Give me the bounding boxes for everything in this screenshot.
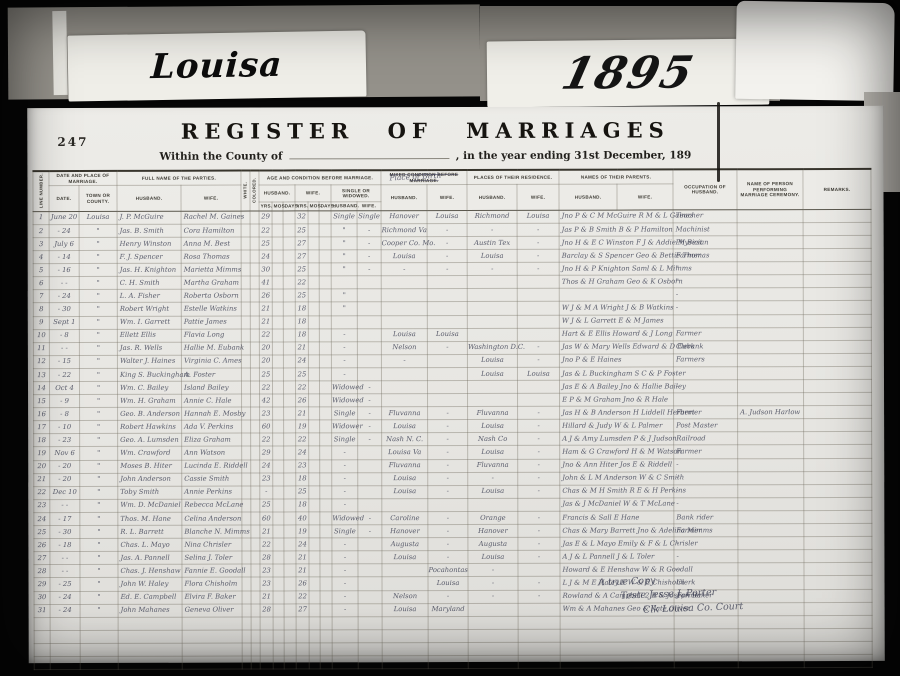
cell-residence-wife: - [518, 550, 560, 563]
cell-minister [737, 249, 803, 262]
cell-wife-name [182, 656, 242, 669]
cell-residence-wife: - [518, 590, 560, 603]
cell-wife-name: Island Bailey [182, 381, 242, 394]
cell-condition-husband: " [331, 302, 357, 315]
cell-wife-years: 25 [295, 368, 308, 381]
cell-wife-years: 25 [295, 224, 308, 237]
cell-wife-name: Flora Chisholm [182, 577, 242, 590]
cell-colored [251, 407, 260, 420]
cell-date [50, 656, 80, 669]
cell-wife-months [308, 250, 319, 263]
cell-wife-months [309, 643, 320, 656]
cell-line-number [34, 630, 50, 643]
cell-wife-name: Geneva Oliver [182, 604, 242, 617]
cell-residence-wife [517, 315, 559, 328]
cell-husband-name: Jas. A. Pannell [118, 551, 182, 564]
cell-residence-husband: - [468, 590, 518, 603]
cell-birth-wife: - [428, 407, 468, 420]
cell-colored [251, 538, 260, 551]
cell-condition-husband [331, 276, 357, 289]
cell-colored [251, 394, 260, 407]
cell-husband-days [284, 525, 296, 538]
cell-husband-days [283, 355, 295, 368]
cell-condition-wife [357, 315, 381, 328]
cell-town-or-county: " [80, 539, 118, 552]
cell-wife-name: A. Foster [181, 368, 241, 381]
cell-husband-months [273, 551, 284, 564]
cell-wife-years: 21 [296, 551, 309, 564]
cell-birth-husband [382, 381, 428, 394]
cell-condition-wife [358, 446, 382, 459]
cell-residence-wife: - [518, 433, 560, 446]
cell-birth-husband: Fluvanna [382, 407, 428, 420]
cell-birth-wife [428, 642, 468, 655]
cell-date: July 6 [49, 237, 79, 250]
col-header-town: TOWN OR COUNTY. [79, 186, 117, 211]
cell-wife-months [309, 407, 320, 420]
cell-wife-years: 21 [295, 342, 308, 355]
cell-wife-months [309, 394, 320, 407]
cell-parents [560, 642, 674, 655]
cell-line-number: 8 [33, 303, 49, 316]
cell-husband-months [273, 590, 284, 603]
cell-wife-name: Ada V. Perkins [182, 420, 242, 433]
cell-remarks [804, 445, 872, 458]
cell-occupation [674, 642, 738, 655]
cell-parents: Jas H & B Anderson H Liddell Herbert [560, 406, 674, 419]
cell-husband-years: 28 [260, 551, 273, 564]
cell-condition-wife [358, 629, 382, 642]
cell-condition-wife: - [358, 407, 382, 420]
cell-white [242, 486, 251, 499]
cell-town-or-county: " [79, 250, 117, 263]
cell-wife-name: Selina J. Toler [182, 551, 242, 564]
cell-occupation: Clerk [673, 340, 737, 353]
cell-husband-name [118, 656, 182, 669]
cell-parents: W J & L Garrett E & M James [559, 314, 673, 327]
cell-wife-days [319, 250, 331, 263]
cell-wife-days [320, 577, 332, 590]
cell-wife-months [308, 355, 319, 368]
cell-line-number: 25 [34, 526, 50, 539]
cell-colored [250, 211, 259, 224]
cell-condition-wife [358, 643, 382, 656]
cell-date: - 8 [49, 329, 79, 342]
cell-parents: Jas E & L Mayo Emily & F & L Chrisler [560, 537, 674, 550]
col-header-parents-wife: WIFE. [617, 184, 673, 209]
cell-town-or-county: " [80, 591, 118, 604]
cell-remarks [803, 353, 871, 366]
cell-residence-wife: Louisa [517, 210, 559, 223]
cell-town-or-county: " [80, 525, 118, 538]
cell-wife-name: Lucinda E. Riddell [182, 460, 242, 473]
cell-husband-years: 60 [260, 420, 273, 433]
cell-husband-years: 22 [259, 329, 272, 342]
cell-wife-months [309, 446, 320, 459]
cell-occupation: Farmer [674, 406, 738, 419]
cell-husband-days [284, 617, 296, 630]
cell-colored [250, 289, 259, 302]
cell-husband-days [284, 590, 296, 603]
cell-minister [738, 655, 804, 668]
register-subtitle: Within the County of , in the year endin… [27, 148, 823, 163]
cell-town-or-county: " [80, 512, 118, 525]
cell-condition-wife [357, 328, 381, 341]
cell-husband-name: Walter J. Haines [117, 355, 181, 368]
cell-wife-name: Fannie E. Goodall [182, 564, 242, 577]
cell-occupation [674, 615, 738, 628]
cell-condition-wife [358, 485, 382, 498]
year-label-text: 1895 [557, 47, 700, 99]
cell-wife-years: 24 [295, 355, 308, 368]
cell-residence-husband: Orange [468, 511, 518, 524]
cell-husband-days [284, 499, 296, 512]
cell-town-or-county: " [79, 277, 117, 290]
col-header-age-husband: HUSBAND. [259, 185, 295, 202]
cell-birth-husband: Louisa [382, 551, 428, 564]
cell-line-number: 26 [34, 539, 50, 552]
cell-husband-years: 23 [260, 407, 273, 420]
cell-birth-wife [428, 655, 468, 668]
cell-husband-years [260, 643, 273, 656]
cell-wife-years: 25 [296, 486, 309, 499]
cell-husband-name: C. H. Smith [117, 276, 181, 289]
cell-wife-days [320, 564, 332, 577]
cell-wife-months [309, 551, 320, 564]
cell-wife-months [308, 224, 319, 237]
cell-line-number: 24 [34, 513, 50, 526]
cell-parents: Jno H & P Knighton Saml & L Mimms [559, 262, 673, 275]
cell-line-number [34, 643, 50, 656]
cell-husband-years: 23 [260, 473, 273, 486]
cell-condition-husband: " [331, 263, 357, 276]
cell-date: - 10 [50, 421, 80, 434]
cell-birth-wife: - [428, 446, 468, 459]
cell-wife-days [320, 538, 332, 551]
cell-husband-days [284, 394, 296, 407]
cell-town-or-county: " [79, 224, 117, 237]
cell-husband-name: John W. Haley [118, 578, 182, 591]
cell-occupation: - [674, 550, 738, 563]
col-header-sw-wife: WIFE. [357, 202, 381, 211]
cell-residence-wife: - [517, 262, 559, 275]
cell-residence-husband: Louisa [467, 354, 517, 367]
cell-minister [738, 524, 804, 537]
cell-colored [250, 250, 259, 263]
cell-condition-husband: - [332, 551, 358, 564]
col-header-full-name-group: FULL NAME OF THE PARTIES. [117, 171, 241, 186]
cell-minister: A. Judson Harlow [738, 406, 804, 419]
cell-minister [738, 380, 804, 393]
cell-minister [737, 262, 803, 275]
cell-birth-husband: Louisa [382, 472, 428, 485]
cell-date: - 18 [50, 539, 80, 552]
cell-birth-wife: - [428, 485, 468, 498]
cell-condition-wife [357, 289, 381, 302]
cell-residence-wife [517, 289, 559, 302]
cell-minister [738, 589, 804, 602]
col-header-age-condition-group: AGE AND CONDITION BEFORE MARRIAGE. [259, 170, 381, 185]
cell-date: - 15 [49, 355, 79, 368]
cell-wife-days [320, 394, 332, 407]
cell-town-or-county: " [79, 342, 117, 355]
cell-residence-husband: Augusta [468, 537, 518, 550]
cell-husband-years: 29 [260, 446, 273, 459]
cell-line-number: 12 [33, 355, 49, 368]
cell-husband-name: Moses B. Hiter [118, 460, 182, 473]
cell-husband-years: 20 [259, 355, 272, 368]
cell-residence-husband: Louisa [467, 367, 517, 380]
cell-wife-months [309, 525, 320, 538]
cell-birth-husband [381, 302, 427, 315]
cell-birth-wife [427, 315, 467, 328]
cell-wife-name: Martha Graham [181, 276, 241, 289]
cell-white [241, 224, 250, 237]
cell-wife-years: 18 [295, 302, 308, 315]
cell-white [242, 473, 251, 486]
cell-wife-years [296, 656, 309, 669]
cell-wife-months [309, 512, 320, 525]
cell-residence-wife [518, 655, 560, 668]
cell-white [242, 604, 251, 617]
cell-wife-days [320, 407, 332, 420]
col-header-single-widowed: SINGLE OR WIDOWED. [331, 185, 381, 202]
col-header-age-wife: WIFE. [295, 185, 331, 202]
cell-white [242, 643, 251, 656]
cell-birth-wife: Louisa [427, 328, 467, 341]
cell-white [241, 263, 250, 276]
col-header-birth-husband: HUSBAND. [381, 185, 427, 210]
cell-town-or-county: " [80, 604, 118, 617]
cell-minister [738, 432, 804, 445]
cell-minister [738, 576, 804, 589]
cell-date: - 24 [49, 290, 79, 303]
cell-wife-days [320, 446, 332, 459]
cell-remarks [803, 262, 871, 275]
cell-wife-days [319, 237, 331, 250]
cell-residence-wife: - [518, 472, 560, 485]
cell-husband-months [273, 394, 284, 407]
cell-birth-husband: Louisa Va [382, 446, 428, 459]
cell-wife-months [309, 564, 320, 577]
cell-occupation: Farmer [674, 445, 738, 458]
cell-wife-days [320, 590, 332, 603]
cell-husband-years: 22 [259, 224, 272, 237]
cell-white [242, 447, 251, 460]
cell-wife-months [309, 538, 320, 551]
cell-wife-name: Rebecca McLane [182, 499, 242, 512]
cell-condition-wife [357, 355, 381, 368]
cell-husband-years: 25 [260, 499, 273, 512]
cell-date: - 23 [50, 434, 80, 447]
cell-parents: Ham & G Crawford H & M Watson [560, 445, 674, 458]
cell-white [241, 368, 250, 381]
col-header-parents-group: NAMES OF THEIR PARENTS. [559, 169, 673, 184]
cell-remarks [804, 550, 872, 563]
cell-wife-years: 19 [296, 420, 309, 433]
cell-remarks [804, 589, 872, 602]
cell-condition-husband: - [331, 341, 357, 354]
cell-date: - 8 [50, 408, 80, 421]
cell-condition-husband: Widowed [332, 381, 358, 394]
cell-husband-months [272, 355, 283, 368]
cell-minister [738, 563, 804, 576]
cell-wife-months [309, 486, 320, 499]
cell-condition-wife [357, 302, 381, 315]
cell-residence-husband: - [467, 262, 517, 275]
cell-husband-days [283, 289, 295, 302]
cell-birth-husband [382, 656, 428, 669]
cell-husband-name: John Mahanes [118, 604, 182, 617]
cell-husband-years: 41 [259, 276, 272, 289]
cell-husband-name: Robert Wright [117, 303, 181, 316]
cell-condition-husband: Widowed [332, 512, 358, 525]
cell-birth-wife: - [428, 551, 468, 564]
cell-line-number: 7 [33, 290, 49, 303]
cell-town-or-county: " [80, 565, 118, 578]
cell-wife-months [308, 342, 319, 355]
cell-colored [251, 630, 260, 643]
cell-residence-wife: - [517, 236, 559, 249]
cell-wife-months [308, 315, 319, 328]
cell-wife-days [320, 617, 332, 630]
cell-town-or-county: " [80, 434, 118, 447]
col-header-husband-name: HUSBAND. [117, 186, 181, 211]
cell-residence-wife [518, 380, 560, 393]
cell-birth-husband: Augusta [382, 538, 428, 551]
cell-remarks [804, 523, 872, 536]
cell-husband-years: 21 [260, 525, 273, 538]
cell-husband-name: Wm. D. McDaniel [118, 499, 182, 512]
cell-wife-months [309, 630, 320, 643]
cell-wife-years [296, 630, 309, 643]
register-title: REGISTER OF MARRIAGES [27, 117, 823, 144]
cell-residence-husband [468, 629, 518, 642]
cell-wife-name: Pattie James [181, 316, 241, 329]
cell-husband-days [284, 486, 296, 499]
cell-residence-husband: - [467, 223, 517, 236]
cell-white [242, 381, 251, 394]
cell-line-number: 29 [34, 578, 50, 591]
cell-residence-wife: - [518, 446, 560, 459]
cell-husband-years: 22 [260, 433, 273, 446]
cell-husband-days [284, 604, 296, 617]
cell-condition-husband: Single [332, 525, 358, 538]
cell-town-or-county [80, 643, 118, 656]
cell-white [241, 316, 250, 329]
cell-birth-wife [428, 380, 468, 393]
cell-occupation: Farmers [673, 354, 737, 367]
cell-wife-years: 23 [296, 459, 309, 472]
cell-condition-wife [357, 341, 381, 354]
cell-minister [737, 236, 803, 249]
cell-residence-husband [468, 498, 518, 511]
cell-minister [738, 471, 804, 484]
cell-wife-years: 22 [296, 381, 309, 394]
cell-date: - - [49, 277, 79, 290]
cell-husband-months [272, 315, 283, 328]
cell-condition-husband: Widowed [332, 394, 358, 407]
cell-husband-months [273, 486, 284, 499]
cell-condition-wife: - [358, 525, 382, 538]
cell-residence-wife [518, 642, 560, 655]
cell-residence-husband [467, 328, 517, 341]
cell-minister [737, 288, 803, 301]
cell-residence-wife: - [518, 511, 560, 524]
cell-wife-days [319, 276, 331, 289]
cell-town-or-county: " [79, 237, 117, 250]
cell-colored [250, 237, 259, 250]
cell-remarks [804, 654, 872, 667]
cell-wife-days [320, 525, 332, 538]
cell-line-number: 1 [33, 211, 49, 224]
cell-minister [738, 550, 804, 563]
cell-condition-husband: Single [332, 433, 358, 446]
cell-wife-name: Marietta Mimms [181, 263, 241, 276]
cell-condition-husband: - [332, 486, 358, 499]
cell-birth-wife [428, 498, 468, 511]
cell-residence-husband: Louisa [468, 485, 518, 498]
cell-condition-wife [358, 577, 382, 590]
cell-occupation [674, 393, 738, 406]
cell-occupation: Bank rider [674, 511, 738, 524]
cell-line-number: 30 [34, 591, 50, 604]
cell-residence-husband: Louisa [468, 420, 518, 433]
cell-residence-husband: Richmond [467, 210, 517, 223]
cell-white [242, 538, 251, 551]
cell-husband-days [284, 459, 296, 472]
cell-husband-years: 21 [259, 302, 272, 315]
cell-condition-husband: Widower [332, 420, 358, 433]
cell-condition-wife [358, 590, 382, 603]
cell-wife-months [308, 211, 319, 224]
cell-birth-husband: Nelson [381, 341, 427, 354]
cell-condition-husband [332, 643, 358, 656]
cell-husband-days [284, 407, 296, 420]
col-header-white: WHITE. [241, 171, 250, 211]
cell-wife-name: Estelle Watkins [181, 302, 241, 315]
cell-husband-name: Chas. L. Mayo [118, 538, 182, 551]
cell-husband-name: Henry Winston [117, 237, 181, 250]
cell-birth-husband [382, 642, 428, 655]
film-scratch-artifact [717, 102, 720, 182]
cell-town-or-county [80, 630, 118, 643]
register-table-wrap: LINE NUMBER. DATE AND PLACE OF MARRIAGE.… [32, 168, 873, 670]
cell-date: - 17 [50, 512, 80, 525]
cell-town-or-county: " [80, 408, 118, 421]
cell-minister [737, 209, 803, 222]
cell-husband-months [272, 329, 283, 342]
cell-line-number: 21 [34, 473, 50, 486]
cell-remarks [803, 288, 871, 301]
cell-line-number: 13 [33, 368, 49, 381]
cell-remarks [803, 248, 871, 261]
county-blank-line [289, 149, 449, 159]
cell-line-number: 15 [34, 395, 50, 408]
cell-wife-name [182, 630, 242, 643]
cell-residence-husband: Louisa [467, 249, 517, 262]
cell-wife-months [309, 499, 320, 512]
cell-wife-years: 18 [296, 473, 309, 486]
cell-husband-months [273, 656, 284, 669]
cell-husband-days [283, 329, 295, 342]
cell-husband-days [284, 538, 296, 551]
cell-condition-husband: - [332, 446, 358, 459]
cell-wife-days [320, 656, 332, 669]
cell-residence-wife: - [518, 485, 560, 498]
cell-husband-days [284, 420, 296, 433]
cell-remarks [804, 471, 872, 484]
